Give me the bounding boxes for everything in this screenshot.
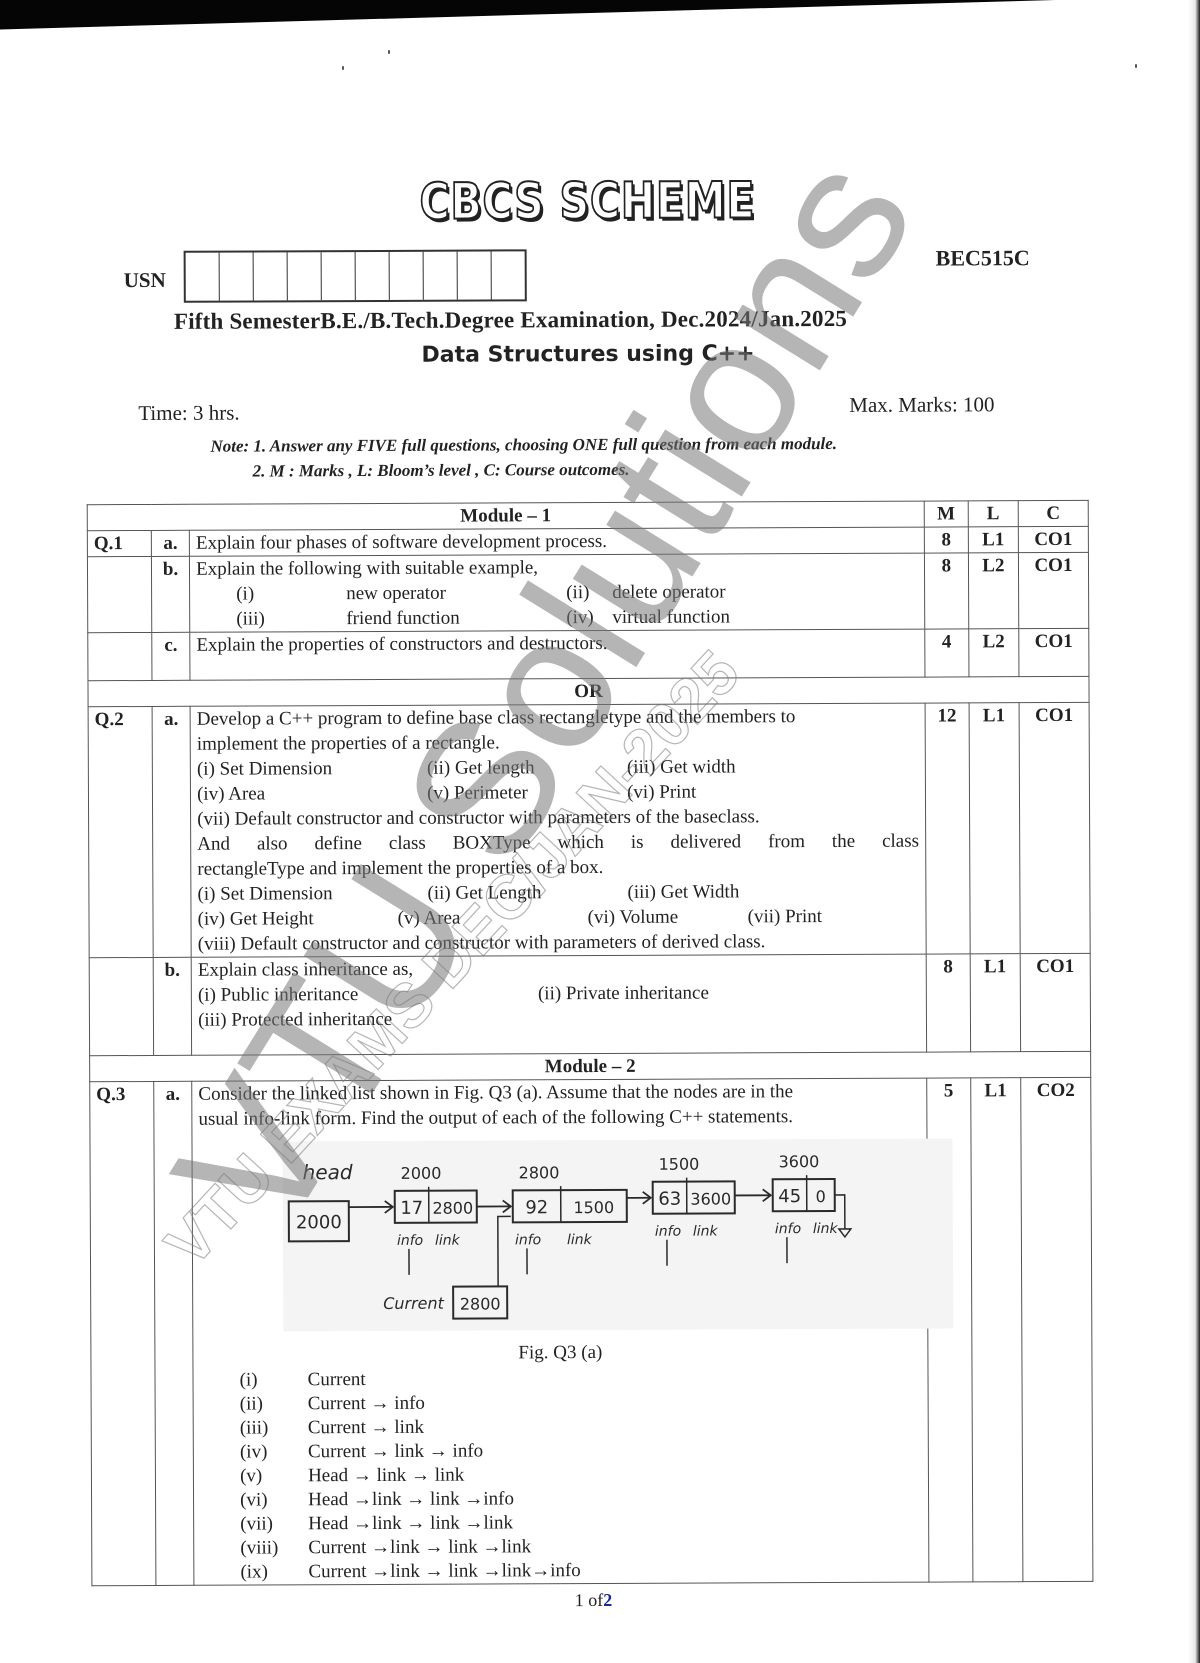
item: (v) Area [398, 905, 588, 931]
marks: 12 [925, 703, 970, 954]
question-number: Q.2 [88, 706, 153, 957]
svg-text:info: info [655, 1224, 681, 1240]
subject-title: Data Structures using C++ [0, 339, 1178, 369]
svg-text:92: 92 [525, 1197, 548, 1218]
question-text-block: Explain the following with suitable exam… [190, 553, 925, 632]
exam-duration: Time: 3 hrs. [138, 401, 239, 426]
statement-num: (i) [240, 1368, 308, 1392]
course-outcome: CO1 [1018, 526, 1088, 552]
col-header-marks: M [924, 501, 968, 527]
blooms-level: L2 [968, 553, 1018, 629]
max-marks: Max. Marks: 100 [849, 392, 994, 418]
usn-digit-box [220, 253, 254, 301]
question-text: Develop a C++ program to define base cla… [197, 704, 919, 732]
part-label: c. [152, 632, 190, 680]
svg-text:1500: 1500 [659, 1155, 700, 1174]
note-line-2: 2. M : Marks , L: Bloom’s level , C: Cou… [211, 456, 838, 484]
usn-digit-box [492, 251, 525, 299]
item-num: (iii) [236, 606, 346, 631]
course-outcome: CO1 [1019, 628, 1089, 676]
item: (viii) Default constructor and construct… [198, 929, 920, 957]
statement-expr: Head →link → link →link [308, 1510, 922, 1537]
marks: 8 [926, 954, 970, 1052]
question-number: Q.3 [90, 1081, 156, 1585]
blooms-level: L1 [968, 527, 1018, 553]
statement-expr: Current →link → link →link→info [308, 1558, 922, 1585]
marks: 8 [924, 553, 968, 629]
module-heading: Module – 1 [87, 501, 924, 531]
part-label: a. [151, 530, 189, 556]
svg-text:link: link [813, 1221, 839, 1237]
figure-caption: Fig. Q3 (a) [199, 1339, 921, 1367]
statement-expr: Current → link [308, 1414, 922, 1441]
item: (vi) Volume [588, 904, 748, 930]
question-text-block: Consider the linked list shown in Fig. Q… [192, 1078, 929, 1585]
question-row: b. Explain class inheritance as, (i) Pub… [89, 953, 1090, 1055]
svg-text:2800: 2800 [519, 1163, 560, 1182]
statement-num: (ix) [240, 1560, 308, 1584]
col-header-level: L [968, 501, 1018, 527]
box-class-items: (i) Set Dimension (ii) Get Length (iii) … [197, 879, 919, 907]
statement-item: (vii)Head →link → link →link [240, 1510, 922, 1537]
part-label: a. [152, 706, 191, 957]
item-num: (iv) [566, 605, 612, 630]
question-text: Explain four phases of software developm… [189, 527, 924, 556]
course-outcome: CO1 [1020, 953, 1091, 1051]
box-class-items: (iv) Get Height (v) Area (vi) Volume (vi… [198, 904, 920, 932]
question-row: c. Explain the properties of constructor… [88, 628, 1089, 680]
item-label: delete operator [612, 579, 918, 605]
question-text: usual info-link form. Find the output of… [198, 1104, 920, 1132]
linked-list-diagram: head20002000172800infolink2800921500info… [283, 1138, 954, 1331]
part-label: b. [151, 556, 189, 632]
usn-digit-box [288, 252, 322, 300]
statement-list: (i)Current(ii)Current → info(iii)Current… [200, 1366, 923, 1585]
item: (vi) Print [627, 779, 919, 805]
item: (iii) Get width [627, 754, 919, 780]
blooms-level: L2 [969, 629, 1019, 677]
module-1-header-row: Module – 1 M L C [87, 500, 1088, 530]
svg-text:head: head [303, 1160, 353, 1184]
item: (ii) Get Length [427, 880, 627, 906]
item: (iv) Get Height [198, 906, 398, 932]
item: (i) Public inheritance [198, 981, 538, 1007]
page-total: 2 [603, 1590, 612, 1610]
statement-item: (viii)Current →link → link →link [240, 1534, 922, 1561]
svg-text:2000: 2000 [296, 1212, 342, 1233]
svg-text:17: 17 [400, 1198, 423, 1219]
question-row: Q.2 a. Develop a C++ program to define b… [88, 702, 1090, 957]
sub-items: (i) Public inheritance (ii) Private inhe… [198, 980, 920, 1008]
page-number: 1 of2 [3, 1587, 1183, 1613]
statement-expr: Head →link → link →info [308, 1486, 922, 1513]
note-line-1: Note: 1. Answer any FIVE full questions,… [210, 431, 837, 459]
svg-text:45: 45 [778, 1186, 801, 1207]
statement-num: (vi) [240, 1488, 308, 1512]
question-table: Module – 1 M L C Q.1 a. Explain four pha… [87, 500, 1094, 1586]
question-text: Explain class inheritance as, [198, 955, 920, 983]
item-label: new operator [346, 580, 566, 606]
svg-text:link: link [693, 1223, 719, 1239]
statement-expr: Current [308, 1366, 922, 1393]
item: (ii) Get length [427, 755, 627, 781]
subject-code: BEC515C [936, 245, 1030, 271]
usn-digit-box [186, 253, 220, 301]
exam-title: Fifth SemesterB.E./B.Tech.Degree Examina… [174, 306, 847, 335]
svg-text:info: info [775, 1221, 801, 1237]
question-text: And also define class BOXType which is d… [197, 829, 919, 857]
svg-text:2000: 2000 [401, 1164, 442, 1183]
item-num: (ii) [566, 580, 612, 605]
part-label: b. [153, 957, 191, 1055]
question-text-block: Develop a C++ program to define base cla… [190, 703, 926, 957]
question-paper-page: CBCS SCHEME USN BEC515C Fifth SemesterB.… [0, 0, 1200, 1663]
question-text-block: Explain class inheritance as, (i) Public… [191, 954, 926, 1055]
usn-boxes [184, 249, 527, 302]
svg-text:info: info [515, 1232, 541, 1248]
page-prefix: 1 of [575, 1590, 604, 1610]
item: (ii) Private inheritance [538, 980, 920, 1007]
usn-digit-box [322, 252, 356, 300]
question-text: implement the properties of a rectangle. [197, 729, 919, 757]
item: (i) Set Dimension [197, 881, 427, 907]
question-text: rectangleType and implement the properti… [197, 854, 919, 882]
part-label: a. [154, 1081, 194, 1585]
statement-item: (vi)Head →link → link →info [240, 1486, 922, 1513]
question-text: Explain the properties of constructors a… [190, 629, 925, 680]
svg-text:63: 63 [658, 1189, 681, 1210]
svg-text:2800: 2800 [432, 1199, 473, 1218]
svg-text:link: link [435, 1233, 461, 1249]
svg-text:Current: Current [383, 1294, 445, 1313]
statement-item: (i)Current [240, 1366, 922, 1393]
item: (v) Perimeter [427, 780, 627, 806]
svg-text:3600: 3600 [779, 1152, 820, 1171]
marks: 4 [925, 629, 969, 677]
usn-digit-box [424, 252, 458, 300]
question-row: Q.3 a. Consider the linked list shown in… [90, 1077, 1093, 1585]
item: (vii) Print [748, 904, 920, 930]
svg-text:info: info [397, 1233, 423, 1249]
item: (iv) Area [197, 781, 427, 807]
item: (vii) Default constructor and constructo… [197, 804, 919, 832]
item: (iii) Get Width [627, 879, 919, 905]
item: (iii) Protected inheritance [198, 1005, 920, 1033]
statement-expr: Current → link → info [308, 1438, 922, 1465]
instructions-note: Note: 1. Answer any FIVE full questions,… [210, 431, 837, 484]
usn-digit-box [458, 251, 492, 299]
item: (i) Set Dimension [197, 756, 427, 782]
svg-text:1500: 1500 [573, 1198, 614, 1217]
svg-text:2800: 2800 [460, 1294, 501, 1313]
statement-num: (iii) [240, 1416, 308, 1440]
svg-text:0: 0 [816, 1187, 826, 1206]
statement-num: (ii) [240, 1392, 308, 1416]
statement-item: (v)Head → link → link [240, 1462, 922, 1489]
question-text: Consider the linked list shown in Fig. Q… [198, 1079, 920, 1107]
col-header-outcome: C [1018, 500, 1088, 526]
base-class-items: (i) Set Dimension (ii) Get length (iii) … [197, 754, 919, 807]
question-text: Explain the following with suitable exam… [196, 554, 918, 582]
marks: 8 [924, 527, 968, 553]
sub-items: (i) new operator (ii) delete operator (i… [196, 579, 918, 632]
blooms-level: L1 [970, 954, 1020, 1052]
course-outcome: CO2 [1021, 1077, 1093, 1581]
statement-num: (iv) [240, 1440, 308, 1464]
usn-digit-box [390, 252, 424, 300]
statement-item: (iii)Current → link [240, 1414, 922, 1441]
statement-expr: Current → info [308, 1390, 922, 1417]
course-outcome: CO1 [1019, 702, 1090, 953]
linked-list-figure: head20002000172800infolink2800921500info… [283, 1138, 954, 1331]
statement-num: (viii) [240, 1536, 308, 1560]
statement-num: (vii) [240, 1512, 308, 1536]
statement-num: (v) [240, 1464, 308, 1488]
item-num: (i) [236, 581, 346, 606]
statement-expr: Head → link → link [308, 1462, 922, 1489]
item-label: virtual function [612, 604, 918, 630]
blooms-level: L1 [971, 1078, 1023, 1582]
item-label: friend function [346, 605, 566, 631]
usn-digit-box [254, 252, 288, 300]
svg-text:link: link [567, 1232, 593, 1248]
blooms-level: L1 [969, 703, 1020, 954]
statement-item: (iv)Current → link → info [240, 1438, 922, 1465]
svg-text:3600: 3600 [690, 1189, 731, 1208]
usn-digit-box [356, 252, 390, 300]
statement-expr: Current →link → link →link [308, 1534, 922, 1561]
course-outcome: CO1 [1018, 552, 1088, 628]
statement-item: (ii)Current → info [240, 1390, 922, 1417]
statement-item: (ix)Current →link → link →link→info [240, 1558, 922, 1585]
usn-label: USN [124, 268, 166, 293]
scheme-banner: CBCS SCHEME [103, 170, 1071, 232]
question-row: b. Explain the following with suitable e… [87, 552, 1088, 632]
question-number: Q.1 [87, 530, 151, 556]
